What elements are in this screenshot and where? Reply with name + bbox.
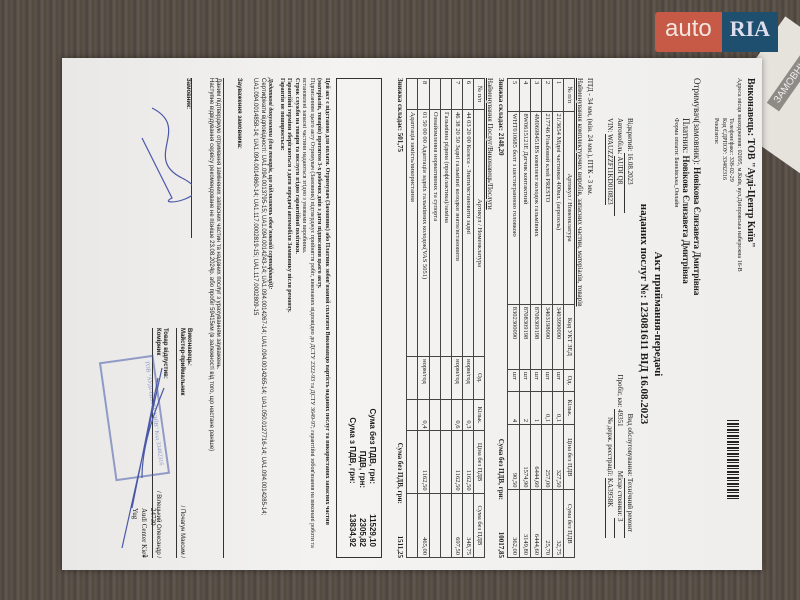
labor-cell: 465,00 [418,493,429,557]
phone-line: Телефон/факс: 338-02-29 [727,118,735,272]
notice-text: Підписанням цього акту Отримувач (Замовн… [300,78,315,558]
parts-header-cell: Од. [564,369,575,391]
warranty-line: Гарантійні терміни зберігаються з дати п… [285,78,293,558]
parts-cell: 3403990090 [553,304,564,369]
customer-label: Отримувач(замовник): [692,78,702,165]
labor-cell: 1162,50 [418,431,429,493]
grand-total-value: 13834,92 [348,514,357,547]
mileage-label: Пробіг, км: [616,374,624,407]
place-value: 3 [615,518,625,538]
labor-header-cell: Кільк. [474,399,485,431]
footer-block: 24730 Audi Center Kiev Yug [131,508,157,570]
labor-cell [440,431,451,493]
labor-cell: 697,50 [451,493,462,557]
parts-cell: 0,1 [553,391,564,424]
parts-total: 10017,85 [498,532,506,558]
parts-header-cell: Ціна без ПДВ [564,425,575,490]
labor-total: 1511,25 [396,536,404,558]
parts-cell: 2 [519,391,530,424]
title-line-1: Акт приймання-передачі [650,58,664,570]
barcode [727,420,739,500]
customer-name: Новікова Єлизавета Дмитрівна [692,167,702,295]
labor-table: № п/пАртикул / НоменклатураОд.Кільк.Ціна… [406,78,485,558]
watermark-ria: RIA [722,12,778,52]
labor-header-cell: Артикул / Номенклатура [474,109,485,356]
parts-discount: Знижка складає: 2148,20 [497,78,506,155]
car-value: AUDI Q8 [615,156,625,216]
barcode-number: 24730 [148,508,157,570]
parts-row: 34M0698451BS комплект колодок гальмівних… [530,79,541,558]
address-line: Адреса місця знаходження: 02095, м.Київ,… [735,78,743,272]
labor-cell: норм/год [451,357,462,400]
autoria-watermark: auto RIA [655,12,778,52]
labor-cell: Адаптація замість/використання [407,109,418,356]
parts-cell: 8708309198 [519,304,530,369]
service-type-value: Технічний ремонт [624,478,634,538]
parts-cell: 327,50 [553,425,564,490]
labor-cell: Ознайомлення нормативних та супорта [429,109,440,356]
parts-row: 2217746 Різьбовий клей PRESTO3403198090ш… [541,79,552,558]
labor-cell [407,399,418,431]
labor-cell [440,399,451,431]
grand-total-row: Сума з ПДВ, грн:13834,92 [347,408,357,547]
document-sheet: Виконавець: ТОВ "Ауді-Центр Київ" Адреса… [62,58,762,570]
engine-line: ПТД - 34 мм, (мін. 24 мм.), ПТК - 3 мм. [585,78,594,195]
document-title: Акт приймання-передачі наданих послуг №:… [637,58,665,570]
confirm-line: Даним підтверджую отримання замінених за… [214,78,222,558]
vehicle-fields: Відкритий: 16.08.2023 Вид обслуговування… [605,118,634,538]
labor-cell [440,79,451,110]
grand-total-value: 2305,82 [358,518,367,547]
parts-section-title: Найменування комплектуючих виробів, запа… [575,78,584,558]
labor-cell: 6 [463,79,474,110]
labor-cell [429,357,440,400]
labor-header-cell: Од. [474,357,485,400]
parts-cell: 1 [553,79,564,112]
vin-label: VIN: [607,118,615,132]
labor-cell [429,431,440,493]
parts-cell: 6444,60 [530,425,541,490]
parts-cell: 4 [519,79,530,112]
parts-header-cell: Сума без ПДВ [564,490,575,558]
customer-signature [132,98,192,218]
grand-total-row: ПДВ, грн:2305,82 [357,408,367,547]
reg-label: № держ. реєстрації: [607,417,615,476]
parts-cell: шт [541,369,552,391]
issued-value: 16.08.2023 [624,153,634,213]
remarks-label: Зауваження замовника: [224,78,243,558]
service-type-label: Вид обслуговування: [626,414,634,477]
parts-cell: 25,70 [541,490,552,558]
parts-cell: 6444,60 [530,490,541,558]
labor-header-cell: № п/п [474,79,485,110]
terms-block: Цей акт є підставою для оплати. Отримува… [251,78,330,558]
edrpou-line: Код ЄДРПОУ: 33482316 [720,118,728,272]
payer-label: Платник: [681,118,691,153]
parts-cell: 3 [530,79,541,112]
certificates: Сертифікати відповідності: UA1.094.00137… [251,78,266,558]
parts-cell: 5 [508,79,519,112]
labor-cell: 348,75 [463,493,474,557]
warranty-line: Строк служби на товари та послуги згідно… [293,78,301,558]
labor-cell [440,357,451,400]
labor-cell [440,493,451,557]
grand-total-row: Сума без ПДВ, грн:11529,10 [367,408,377,547]
grand-total-label: Сума з ПДВ, грн: [348,417,357,483]
parts-cell: 362,00 [508,490,519,558]
labor-header-cell: Ціна без ПДВ [474,431,485,493]
totals-box: Сума без ПДВ, грн:11529,10ПДВ, грн:2305,… [336,78,382,558]
warranty-lines: Строк служби на товари та послуги згідно… [278,78,301,558]
labor-cell: 46 38 20 50 Задні гальмівні колодки знят… [451,109,462,356]
vin-value: WAUZZZF11KD010823 [605,134,615,205]
parts-cell: 0,1 [541,391,552,424]
labor-cell [407,431,418,493]
grand-total-value: 11529,10 [368,514,377,547]
parts-cell: 257,00 [541,425,552,490]
parts-cell: 4M0698451BS комплект колодок гальмівних [530,111,541,304]
parts-cell: 1 [530,391,541,424]
parts-cell: шт [519,369,530,391]
footer-brand: Audi Center Kiev Yug [131,508,149,570]
card-label: ЗАМОВНИК [767,47,800,111]
labor-header-cell: Сума без ПДВ [474,493,485,557]
parts-cell: 3403198090 [541,304,552,369]
mileage-value: 49351 [615,409,625,469]
payer-name: Новікова Єлизавета Дмитрівна [681,155,691,283]
documents-label: Додаткові документи (для товарів, що під… [266,78,274,558]
place-label: Місце стоянки: [616,471,624,516]
labor-row: 801 50 00 00 Адаптація задніх гальмівних… [418,79,429,558]
parts-cell: 32,75 [553,490,564,558]
parts-cell: шт [508,369,519,391]
labor-cell: 8 [418,79,429,110]
labor-cell: норм/год [463,357,474,400]
labor-row: 746 38 20 50 Задні гальмівні колодки зня… [451,79,462,558]
labor-cell: 0,6 [451,399,462,431]
labor-cell: 1162,50 [463,431,474,493]
parts-row: 5WHT010685 болт з шестигранною головкою8… [508,79,519,558]
notice-bold: Цей акт є підставою для оплати. Отримува… [315,78,330,558]
executor-line: Виконавець: ТОВ "Ауді-Центр Київ" [744,78,757,248]
parts-cell: 8708309198 [530,304,541,369]
labor-section-title: Найменування Послуг/Виконавець/Послуги [485,78,494,558]
next-service-line: Наступне відвідування сервісу рекомендов… [207,78,215,558]
issued-label: Відкритий: [626,118,634,151]
labor-section: Найменування Послуг/Виконавець/Послуги №… [396,78,494,558]
grand-total-label: Сума без ПДВ, грн: [368,408,377,484]
labor-row: Гальмівна рідина (профілактика)/заміна [440,79,451,558]
executor-label: Виконавець: [745,78,756,136]
labor-total-label: Сума без ПДВ, грн: [396,443,404,504]
parts-header-cell: Артикул / Номенклатура [564,111,575,304]
labor-cell: норм/год [418,357,429,400]
labor-row: Адаптація замість/використання [407,79,418,558]
parts-header-cell: № п/п [564,79,575,112]
executor-name: ТОВ "Ауді-Центр Київ" [745,139,756,248]
service-act-document: Виконавець: ТОВ "Ауді-Центр Київ" Адреса… [62,58,762,570]
labor-cell [407,79,418,110]
reg-value: KA3958K [605,478,615,538]
labor-cell [429,493,440,557]
parts-cell: шт [553,369,564,391]
storekeeper-label: Комірник [154,328,162,355]
parts-header-cell: Код УКТ ЗЕД [564,304,575,369]
labor-row: Ознайомлення нормативних та супорта [429,79,440,558]
labor-cell: 0,4 [418,399,429,431]
parts-row: 48W0615121E Датчик контактний8708309198ш… [519,79,530,558]
parts-cell: WHT010685 болт з шестигранною головкою [508,111,519,304]
parts-cell: 21/3654 Мідні частинки 400мл. (аерозоль) [553,111,564,304]
grand-total-label: ПДВ, грн: [358,451,367,488]
title-line-2: наданих послуг №: 123081611 ВІД 16.08.20… [637,58,651,570]
parts-row: 121/3654 Мідні частинки 400мл. (аерозоль… [553,79,564,558]
watermark-auto: auto [655,12,722,52]
executor-details: Адреса місця знаходження: 02095, м.Київ,… [712,78,742,272]
executor-sign-label: Виконавець: [185,328,193,558]
labor-cell: 44 03 20 00 Колеса - Зняти/встановити за… [463,109,474,356]
parts-cell: 90,50 [508,425,519,490]
payment-form: Форма оплати: Банківська_Онлайн [672,118,680,295]
parts-header-cell: Кільк. [564,391,575,424]
customer-block: Отримувач(замовник): Новікова Єлизавета … [672,78,702,295]
labor-cell: 01 50 00 00 Адаптація задніх гальмівних … [418,109,429,356]
requisites-line: Реквізити: [712,118,720,272]
parts-section: Найменування комплектуючих виробів, запа… [497,78,584,558]
parts-cell: шт [530,369,541,391]
parts-cell: 217746 Різьбовий клей PRESTO [541,111,552,304]
car-label: Автомобіль: [616,118,624,155]
labor-row: 644 03 20 00 Колеса - Зняти/встановити з… [463,79,474,558]
labor-cell [429,399,440,431]
parts-cell: 2 [541,79,552,112]
labor-cell [407,493,418,557]
parts-cell: 1574,90 [519,425,530,490]
parts-cell: 3149,80 [519,490,530,558]
labor-cell: Гальмівна рідина (профілактика)/заміна [440,109,451,356]
parts-table: № п/пАртикул / НоменклатураКод УКТ ЗЕДОд… [508,78,576,558]
parts-cell: 4 [508,391,519,424]
labor-cell: 1162,50 [451,431,462,493]
master-name: / Почагун Максим / [178,506,186,558]
parts-total-label: Сума без ПДВ, грн: [498,439,506,500]
master-label: Майстер-приймальник [178,328,186,396]
labor-cell [429,79,440,110]
parts-cell: 8302300090 [508,304,519,369]
parts-cell: 8W0615121E Датчик контактний [519,111,530,304]
labor-cell: 7 [451,79,462,110]
labor-cell [407,357,418,400]
labor-discount: Знижка складає: 501,75 [396,78,405,152]
warranty-line: Гарантія не поширюється: [278,78,286,558]
labor-cell: 0,3 [463,399,474,431]
